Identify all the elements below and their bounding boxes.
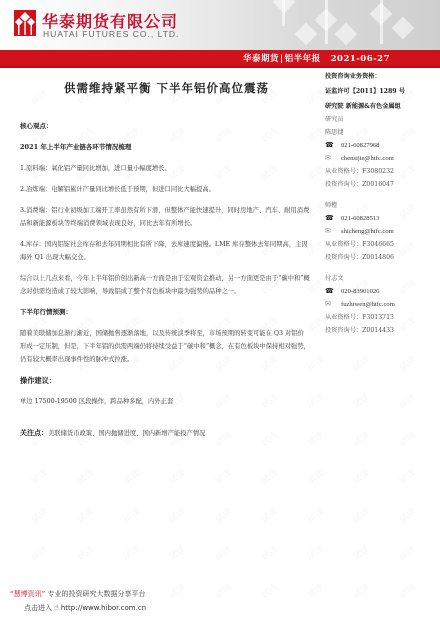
watermark-text: 试读: [304, 542, 326, 563]
watermark-text: 试读: [304, 86, 326, 107]
analyst-phone: ☎ 020-83901026: [325, 285, 437, 298]
watermark-text: 试读: [396, 504, 418, 525]
watermark-text: 试读: [28, 504, 50, 525]
phone-icon: ☎: [325, 212, 339, 225]
summary-paragraph: 综合以上几点来看，今年上半年铝价创出新高一方面是由于宏观资金推动，另一方面更是由…: [20, 272, 310, 298]
watermark-text: 试读: [350, 428, 372, 449]
phone-icon: ☎: [325, 139, 339, 152]
watermark-text: 试读: [166, 466, 188, 487]
watermark-text: 试读: [120, 504, 142, 525]
practice-number: 从业资格号：F3080232: [325, 165, 437, 178]
report-title: 供需维持紧平衡 下半年铝价高位震荡: [64, 80, 269, 96]
watermark-text: 试读: [166, 504, 188, 525]
footer-url-link[interactable]: http://www.hibor.com.cn: [61, 604, 146, 612]
email-icon: ✉: [325, 225, 339, 238]
watermark-text: 试读: [350, 504, 372, 525]
department: 研究院 新能源&有色金属组: [325, 100, 437, 113]
advice-text: 单边 17500-19500 区段操作，跨品种多配，内外正套: [20, 395, 310, 408]
watermark-text: 试读: [28, 86, 50, 107]
qualification-label: 投资咨询业务资格：: [325, 70, 437, 83]
analyst-email[interactable]: ✉ chensijie@htfc.com: [325, 152, 437, 165]
watermark-text: 试读: [350, 580, 372, 601]
banner-separator: |: [280, 54, 284, 64]
watermark-text: 试读: [350, 352, 372, 373]
watermark-text: 试读: [74, 504, 96, 525]
decorative-diamond: [335, 23, 358, 46]
watermark-text: 试读: [350, 542, 372, 563]
watermark-text: 试读: [258, 580, 280, 601]
analyst-sidebar: 投资咨询业务资格： 证监许可【2011】1289 号 研究院 新能源&有色金属组…: [325, 70, 437, 337]
company-name-en: HUATAI FUTURES CO., LTD.: [43, 29, 179, 39]
watermark-text: 试读: [350, 390, 372, 411]
banner-text: 华泰期货|铝半年报2021-06-27: [243, 52, 390, 64]
phone-icon: ☎: [325, 285, 339, 298]
forecast-heading: 下半年行情预测：: [20, 306, 310, 319]
watermark-text: 试读: [396, 466, 418, 487]
watermark-text: 试读: [212, 504, 234, 525]
analyst-phone: ☎ 021-60828513: [325, 212, 437, 225]
watermark-text: 试读: [304, 504, 326, 525]
email-icon: ✉: [325, 152, 339, 165]
analyst-card: 陈思捷 ☎ 021-60827968 ✉ chensijie@htfc.com …: [325, 126, 437, 191]
focus-label: 关注点：: [20, 428, 48, 437]
footer-link-row[interactable]: 点击进入☝http://www.hibor.com.cn: [10, 601, 146, 615]
report-header: 华泰期货有限公司 HUATAI FUTURES CO., LTD.: [0, 0, 440, 50]
watermark-text: 试读: [396, 390, 418, 411]
main-content: 核心观点： 2021 年上半年产业链各环节情况梳理 1.原料端：氧化铝产量同比增…: [20, 120, 310, 440]
qualification-value: 证监许可【2011】1289 号: [325, 85, 437, 98]
footer-brand: 慧博资讯: [14, 590, 42, 598]
forecast-paragraph: 随着美联储加息渐行渐近，国储抛售逐渐落地，以及传统淡季将至，市场预期的转变可能在…: [20, 327, 310, 366]
practice-number: 从业资格号：F3046665: [325, 238, 437, 251]
decorative-diamond: [392, 17, 415, 40]
practice-number: 从业资格号：F3013713: [325, 311, 437, 324]
core-views-label: 核心观点：: [20, 120, 310, 133]
footer: “慧博资讯” 专业的投资研究大数据分享平台 点击进入☝http://www.hi…: [10, 587, 146, 615]
watermark-text: 试读: [212, 466, 234, 487]
decorative-diamond: [273, 0, 296, 13]
watermark-text: 试读: [396, 352, 418, 373]
review-item: 3.消费端：铝行业初级加工端开工率虽然有所下滑，但整体产能快速提升，同时房地产、…: [20, 204, 310, 230]
footer-quote-close: ”: [42, 590, 46, 598]
analyst-name: 付志文: [325, 272, 437, 285]
watermark-text: 试读: [28, 542, 50, 563]
watermark-text: 试读: [28, 466, 50, 487]
banner-report-type: 铝半年报: [285, 54, 321, 64]
decorative-diamond: [370, 3, 393, 26]
focus-points: 关注点：美联储货币政策、国内抛储进度、国内新增产能投产情况: [20, 426, 310, 440]
watermark-text: 试读: [396, 580, 418, 601]
analyst-card: 师橙 ☎ 021-60828513 ✉ shicheng@htfc.com 从业…: [325, 199, 437, 264]
watermark-text: 试读: [350, 466, 372, 487]
watermark-text: 试读: [304, 466, 326, 487]
analyst-email[interactable]: ✉ shicheng@htfc.com: [325, 225, 437, 238]
watermark-text: 试读: [166, 580, 188, 601]
watermark-text: 试读: [396, 428, 418, 449]
watermark-text: 试读: [74, 466, 96, 487]
report-banner: 华泰期货|铝半年报2021-06-27: [0, 50, 440, 68]
banner-date: 2021-06-27: [331, 54, 390, 64]
footer-tagline: “慧博资讯” 专业的投资研究大数据分享平台: [10, 587, 146, 601]
watermark-text: 试读: [258, 466, 280, 487]
analyst-phone: ☎ 021-60827968: [325, 139, 437, 152]
footer-tagline-text: 专业的投资研究大数据分享平台: [48, 590, 146, 598]
analyst-name: 师橙: [325, 199, 437, 212]
consult-number: 投资咨询号：Z0014806: [325, 251, 437, 264]
footer-enter-label: 点击进入: [24, 604, 52, 612]
review-heading: 2021 年上半年产业链各环节情况梳理: [20, 141, 310, 154]
decorative-diamond: [315, 9, 338, 32]
consult-number: 投资咨询号：Z0014433: [325, 324, 437, 337]
email-icon: ✉: [325, 298, 339, 311]
review-item: 2.冶炼端：电解铝累计产量同比增长低于预期，但进口同比大幅提高。: [20, 183, 310, 196]
analyst-role: 研究员: [325, 113, 437, 126]
review-item: 1.原料端：氧化铝产量同比增加，进口量小幅度增长。: [20, 162, 310, 175]
consult-number: 投资咨询号：Z0016047: [325, 178, 437, 191]
watermark-text: 试读: [212, 542, 234, 563]
focus-text: 美联储货币政策、国内抛储进度、国内新增产能投产情况: [48, 430, 205, 437]
decorative-diamond: [295, 23, 318, 46]
analyst-card: 付志文 ☎ 020-83901026 ✉ fuzhiwen@htfc.com 从…: [325, 272, 437, 337]
hand-pointer-icon: ☝: [54, 603, 59, 612]
watermark-text: 试读: [258, 542, 280, 563]
watermark-text: 试读: [166, 542, 188, 563]
review-item: 4.库存：国内铝锭社会库存和去年同期相比有所下降，去库速度偏慢。LME 库存整体…: [20, 238, 310, 264]
watermark-text: 试读: [74, 542, 96, 563]
watermark-text: 试读: [396, 542, 418, 563]
watermark-text: 试读: [212, 580, 234, 601]
analyst-email[interactable]: ✉ fuzhiwen@htfc.com: [325, 298, 437, 311]
watermark-text: 试读: [258, 504, 280, 525]
watermark-text: 试读: [304, 580, 326, 601]
watermark-text: 试读: [120, 542, 142, 563]
diamond-logo-icon: [14, 10, 36, 36]
banner-source: 华泰期货: [243, 54, 279, 64]
watermark-text: 试读: [120, 466, 142, 487]
advice-heading: 操作建议：: [20, 374, 310, 387]
analyst-name: 陈思捷: [325, 126, 437, 139]
